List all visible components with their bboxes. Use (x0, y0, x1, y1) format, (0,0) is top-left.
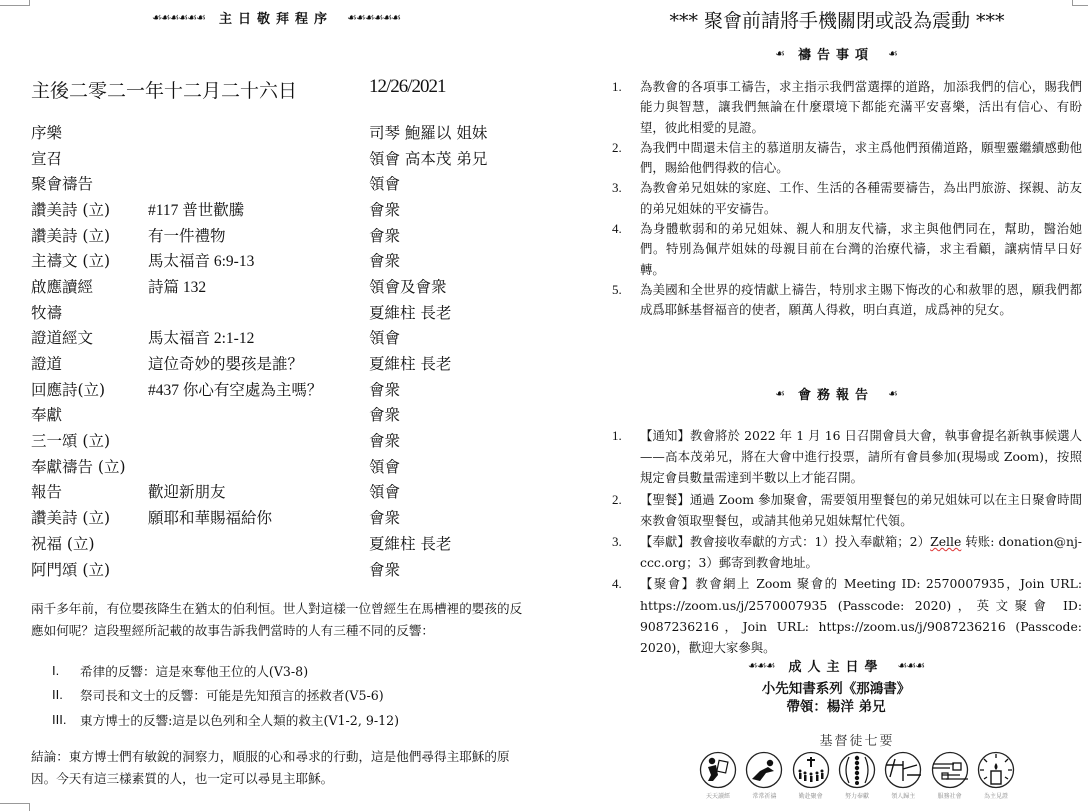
program-leader: 領會 (369, 480, 400, 502)
essential-item: 服務社會 (928, 751, 972, 800)
essential-item: 天天讀經 (696, 751, 740, 800)
program-row: 主禱文 (立)馬太福音 6:9-13會衆 (31, 247, 511, 273)
program-detail: 有一件禮物 (148, 224, 369, 246)
date-chinese: 主後二零二一年十二月二十六日 (31, 76, 369, 103)
program-leader: 會衆 (369, 429, 400, 451)
seven-essentials-graphic: 基督徒七要 天天讀經 常常祈禱 勤赴聚會 努力奉獻 領人歸主 (696, 730, 1018, 800)
announcements-page: *** 聚會前請將手機關閉或設為震動 *** ☙ 禱告事項 ☙ 1.為教會的各項… (544, 0, 1088, 811)
program-leader: 領會及會衆 (369, 275, 447, 297)
program-item: 讚美詩 (立) (31, 224, 148, 246)
item-text: 【聚會】教會網上 Zoom 聚會的 Meeting ID: 2570007935… (640, 573, 1082, 658)
program-item: 報告 (31, 480, 148, 502)
program-row: 序樂司琴 鮑羅以 姐妹 (31, 119, 511, 145)
program-row: 回應詩(立)#437 你心有空處為主嗎？會衆 (31, 376, 511, 402)
essential-caption: 服務社會 (938, 791, 962, 800)
report-item: 3.【奉獻】教會接收奉獻的方式：1）投入奉獻箱；2）Zelle 转账: dona… (612, 531, 1082, 573)
program-row: 牧禱夏維柱 長老 (31, 299, 511, 325)
heading-title: 會務報告 (798, 384, 874, 403)
offering-text-before: 【奉獻】教會接收奉獻的方式：1）投入奉獻箱；2） (640, 534, 930, 549)
serving-icon (928, 751, 972, 789)
program-leader: 夏維柱 長老 (369, 352, 451, 374)
program-item: 奉獻 (31, 403, 148, 425)
sermon-point: III.東方博士的反響:這是以色列和全人類的救主(V1-2, 9-12) (52, 707, 532, 732)
program-row: 奉獻會衆 (31, 402, 511, 428)
program-detail: #117 普世歡騰 (148, 198, 369, 220)
date-numeric: 12/26/2021 (369, 76, 446, 103)
program-leader: 會衆 (369, 506, 400, 528)
item-number: 1. (612, 425, 640, 489)
ornament-icon: ☙☙☙☙☙☙ (347, 11, 400, 24)
report-item: 1.【通知】教會將於 2022 年 1 月 16 日召開會員大會，執事會提名新執… (612, 425, 1082, 489)
seven-essentials-title: 基督徒七要 (696, 730, 1018, 749)
item-text: 為身體軟弱和的弟兄姐妹、親人和朋友代禱，求主與他們同在，幫助，醫治她們。特別為佩… (640, 219, 1082, 280)
essential-caption: 為主見證 (984, 791, 1008, 800)
program-row: 讚美詩 (立)有一件禮物會衆 (31, 222, 511, 248)
heading-title: 禱告事項 (798, 44, 874, 63)
item-number: 2. (612, 138, 640, 179)
sunday-school-leader: 帶領：楊洋 弟兄 (544, 695, 1088, 715)
item-number: 4. (612, 219, 640, 280)
program-item: 讚美詩 (立) (31, 198, 148, 220)
program-item: 主禱文 (立) (31, 249, 148, 271)
offering-icon (835, 751, 879, 789)
program-detail: 馬太福音 6:9-13 (148, 249, 369, 271)
essential-caption: 領人歸主 (891, 791, 915, 800)
program-detail: #437 你心有空處為主嗎？ (148, 378, 369, 400)
program-leader: 夏維柱 長老 (369, 301, 451, 323)
program-item: 阿門頌 (立) (31, 558, 148, 580)
program-row: 阿門頌 (立)會衆 (31, 556, 511, 582)
program-leader: 夏維柱 長老 (369, 532, 451, 554)
item-text: 【奉獻】教會接收奉獻的方式：1）投入奉獻箱；2）Zelle 转账: donati… (640, 531, 1082, 573)
essential-item: 為主見證 (974, 751, 1018, 800)
essential-item: 努力奉獻 (835, 751, 879, 800)
ornament-icon: ☙☙☙ (898, 659, 925, 672)
item-text: 為教會弟兄姐妹的家庭、工作、生活的各種需要禱告，為出門旅游、探親、訪友的弟兄姐妹… (640, 178, 1082, 219)
ornament-icon: ☙ (775, 47, 784, 60)
item-number: 4. (612, 573, 640, 658)
program-leader: 司琴 鮑羅以 姐妹 (369, 121, 487, 143)
service-date: 主後二零二一年十二月二十六日 12/26/2021 (31, 76, 511, 103)
item-text: 為我們中間還未信主的慕道朋友禱告，求主爲他們預備道路，願聖靈繼續感動他們，賜給他… (640, 138, 1082, 179)
evangelism-icon (881, 751, 925, 789)
program-row: 祝福 (立)夏維柱 長老 (31, 530, 511, 556)
sermon-point: I.希律的反響：這是來奪他王位的人(V3-8) (52, 658, 532, 683)
program-item: 證道經文 (31, 326, 148, 348)
program-detail: 詩篇 132 (148, 275, 369, 297)
point-number: III. (52, 712, 80, 727)
program-item: 序樂 (31, 121, 148, 143)
worship-program-page: ☙☙☙☙☙☙ 主日敬拜程序 ☙☙☙☙☙☙ 主後二零二一年十二月二十六日 12/2… (0, 0, 544, 811)
prayer-item: 5.為美國和全世界的疫情獻上禱告，特別求主賜下悔改的心和赦罪的恩，願我們都成爲耶… (612, 280, 1082, 321)
program-leader: 領會 (369, 455, 400, 477)
sunday-school-heading: ☙☙☙ 成人主日學 ☙☙☙ (544, 656, 1088, 675)
item-number: 2. (612, 489, 640, 531)
item-text: 【通知】教會將於 2022 年 1 月 16 日召開會員大會，執事會提名新執事候… (640, 425, 1082, 489)
program-leader: 會衆 (369, 249, 400, 271)
program-item: 祝福 (立) (31, 532, 148, 554)
item-text: 為教會的各項事工禱告，求主指示我們當選擇的道路，加添我們的信心，賜我們能力與智慧… (640, 77, 1082, 138)
ornament-icon: ☙ (888, 47, 897, 60)
program-item: 奉獻禱告 (立) (31, 455, 148, 477)
ornament-icon: ☙☙☙☙☙☙ (152, 11, 205, 24)
program-detail: 這位奇妙的嬰孩是誰？ (148, 352, 369, 374)
prayer-item: 3.為教會弟兄姐妹的家庭、工作、生活的各種需要禱告，為出門旅游、探親、訪友的弟兄… (612, 178, 1082, 219)
program-detail: 馬太福音 2:1-12 (148, 326, 369, 348)
item-text: 【聖餐】通過 Zoom 參加聚會，需要領用聖餐包的弟兄姐妹可以在主日聚會時間來教… (640, 489, 1082, 531)
prayer-item: 1.為教會的各項事工禱告，求主指示我們當選擇的道路，加添我們的信心，賜我們能力與… (612, 77, 1082, 138)
program-detail: 願耶和華賜福給你 (148, 506, 369, 528)
point-number: I. (52, 663, 80, 678)
program-item: 讚美詩 (立) (31, 506, 148, 528)
program-leader: 會衆 (369, 224, 400, 246)
ornament-icon: ☙ (888, 387, 897, 400)
program-row: 奉獻禱告 (立)領會 (31, 453, 511, 479)
program-row: 宣召領會 高本茂 弟兄 (31, 145, 511, 171)
prayer-item: 4.為身體軟弱和的弟兄姐妹、親人和朋友代禱，求主與他們同在，幫助，醫治她們。特別… (612, 219, 1082, 280)
program-item: 牧禱 (31, 301, 148, 323)
sunday-school-series: 小先知書系列《那鴻書》 (544, 677, 1088, 697)
candle-witness-icon (974, 751, 1018, 789)
item-number: 1. (612, 77, 640, 138)
program-leader: 會衆 (369, 558, 400, 580)
item-number: 5. (612, 280, 640, 321)
point-text: 東方博士的反響:這是以色列和全人類的救主(V1-2, 9-12) (80, 710, 399, 729)
essential-item: 常常祈禱 (742, 751, 786, 800)
report-item: 4.【聚會】教會網上 Zoom 聚會的 Meeting ID: 25700079… (612, 573, 1082, 658)
program-leader: 會衆 (369, 198, 400, 220)
program-leader: 會衆 (369, 378, 400, 400)
point-text: 希律的反響：這是來奪他王位的人(V3-8) (80, 661, 308, 680)
prayer-item: 2.為我們中間還未信主的慕道朋友禱告，求主爲他們預備道路，願聖靈繼續感動他們，賜… (612, 138, 1082, 179)
worship-program-heading: ☙☙☙☙☙☙ 主日敬拜程序 ☙☙☙☙☙☙ (0, 8, 544, 27)
program-row: 三一頌 (立)會衆 (31, 427, 511, 453)
church-report-list: 1.【通知】教會將於 2022 年 1 月 16 日召開會員大會，執事會提名新執… (612, 425, 1082, 658)
heading-title: 主日敬拜程序 (219, 8, 333, 27)
program-row: 證道這位奇妙的嬰孩是誰？夏維柱 長老 (31, 350, 511, 376)
point-text: 祭司長和文士的反響：可能是先知預言的拯救者(V5-6) (80, 685, 384, 704)
essential-caption: 常常祈禱 (752, 791, 776, 800)
program-row: 聚會禱告領會 (31, 170, 511, 196)
program-row: 讚美詩 (立)願耶和華賜福給你會衆 (31, 504, 511, 530)
program-item: 啟應讀經 (31, 275, 148, 297)
program-leader: 領會 (369, 326, 400, 348)
item-text: 為美國和全世界的疫情獻上禱告，特別求主賜下悔改的心和赦罪的恩，願我們都成爲耶穌基… (640, 280, 1082, 321)
sermon-points: I.希律的反響：這是來奪他王位的人(V3-8) II.祭司長和文士的反響：可能是… (52, 658, 532, 732)
essential-caption: 天天讀經 (706, 791, 730, 800)
church-gathering-icon (789, 751, 833, 789)
prayer-list: 1.為教會的各項事工禱告，求主指示我們當選擇的道路，加添我們的信心，賜我們能力與… (612, 77, 1082, 321)
item-number: 3. (612, 178, 640, 219)
ornament-icon: ☙ (775, 387, 784, 400)
program-item: 證道 (31, 352, 148, 374)
phone-silence-notice: *** 聚會前請將手機關閉或設為震動 *** (544, 6, 1088, 33)
sermon-point: II.祭司長和文士的反響：可能是先知預言的拯救者(V5-6) (52, 683, 532, 708)
program-item: 宣召 (31, 147, 148, 169)
program-item: 三一頌 (立) (31, 429, 148, 451)
prayer-heading: ☙ 禱告事項 ☙ (544, 44, 1088, 63)
report-item: 2.【聖餐】通過 Zoom 參加聚會，需要領用聖餐包的弟兄姐妹可以在主日聚會時間… (612, 489, 1082, 531)
program-item: 聚會禱告 (31, 172, 148, 194)
reading-bible-icon (696, 751, 740, 789)
program-list: 序樂司琴 鮑羅以 姐妹 宣召領會 高本茂 弟兄 聚會禱告領會 讚美詩 (立)#1… (31, 119, 511, 581)
essential-caption: 努力奉獻 (845, 791, 869, 800)
program-item: 回應詩(立) (31, 378, 148, 400)
heading-title: 成人主日學 (788, 656, 883, 675)
ornament-icon: ☙☙☙ (748, 659, 775, 672)
sermon-conclusion: 結論：東方博士們有敏銳的洞察力，順服的心和尋求的行動，這是他們尋得主耶穌的原因。… (31, 746, 531, 790)
program-leader: 領會 高本茂 弟兄 (369, 147, 487, 169)
essential-caption: 勤赴聚會 (799, 791, 823, 800)
program-row: 證道經文馬太福音 2:1-12領會 (31, 325, 511, 351)
program-leader: 會衆 (369, 403, 400, 425)
essential-item: 勤赴聚會 (789, 751, 833, 800)
essential-item: 領人歸主 (881, 751, 925, 800)
program-row: 讚美詩 (立)#117 普世歡騰會衆 (31, 196, 511, 222)
zelle-spellcheck-word: Zelle (930, 534, 961, 549)
item-number: 3. (612, 531, 640, 573)
praying-icon (742, 751, 786, 789)
program-row: 啟應讀經詩篇 132領會及會衆 (31, 273, 511, 299)
church-report-heading: ☙ 會務報告 ☙ (544, 384, 1088, 403)
program-leader: 領會 (369, 172, 400, 194)
program-row: 報告歡迎新朋友領會 (31, 479, 511, 505)
program-detail: 歡迎新朋友 (148, 480, 369, 502)
point-number: II. (52, 687, 80, 702)
sermon-intro: 兩千多年前，有位嬰孩降生在猶太的伯利恒。世人對這樣一位曾經生在馬槽裡的嬰孩的反應… (31, 598, 531, 642)
